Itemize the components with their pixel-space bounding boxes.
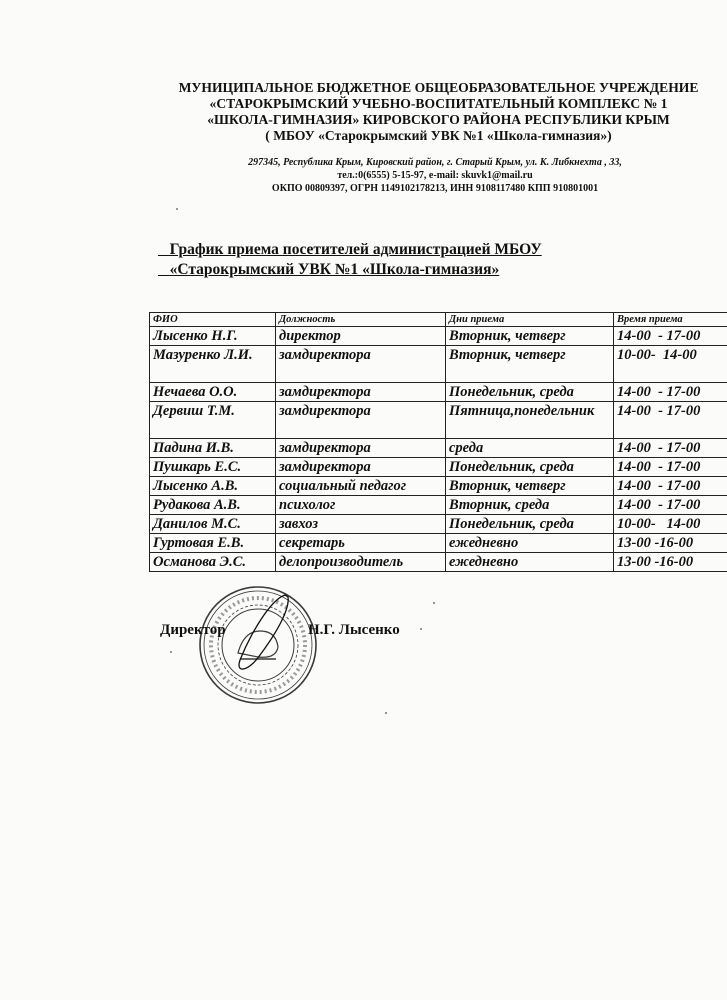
cell-days: ежедневно [446, 553, 614, 572]
cell-position: директор [276, 327, 446, 346]
cell-name: Падина И.В. [150, 439, 276, 458]
cell-time: 14-00 - 17-00 [614, 439, 727, 458]
cell-position: секретарь [276, 534, 446, 553]
table-row: Лысенко Н.Г.директорВторник, четверг14-0… [150, 327, 727, 346]
official-seal-icon [190, 575, 330, 705]
document-title-line-2: «Старокрымский УВК №1 «Школа-гимназия» [158, 260, 499, 280]
table-row: Нечаева О.О.замдиректораПонедельник, сре… [150, 383, 727, 402]
cell-time: 14-00 - 17-00 [614, 458, 727, 477]
table-row: Мазуренко Л.И.замдиректораВторник, четве… [150, 346, 727, 383]
org-name-line-2: «СТАРОКРЫМСКИЙ УЧЕБНО-ВОСПИТАТЕЛЬНЫЙ КОМ… [150, 96, 727, 112]
org-name-line-1: МУНИЦИПАЛЬНОЕ БЮДЖЕТНОЕ ОБЩЕОБРАЗОВАТЕЛЬ… [150, 80, 727, 96]
cell-time: 10-00- 14-00 [614, 346, 727, 383]
reception-schedule-table: ФИО Должность Дни приема Время приема Лы… [149, 312, 727, 572]
cell-time: 14-00 - 17-00 [614, 402, 727, 439]
cell-name: Гуртовая Е.В. [150, 534, 276, 553]
column-header-name: ФИО [150, 313, 276, 327]
scan-speck [176, 208, 178, 210]
cell-time: 14-00 - 17-00 [614, 383, 727, 402]
table-row: Гуртовая Е.В.секретарьежедневно13-00 -16… [150, 534, 727, 553]
cell-position: социальный педагог [276, 477, 446, 496]
cell-position: замдиректора [276, 402, 446, 439]
column-header-days: Дни приема [446, 313, 614, 327]
cell-name: Османова Э.С. [150, 553, 276, 572]
column-header-time: Время приема [614, 313, 727, 327]
cell-days: Понедельник, среда [446, 515, 614, 534]
address: 297345, Республика Крым, Кировский район… [220, 156, 650, 169]
cell-position: завхоз [276, 515, 446, 534]
registration-codes: ОКПО 00809397, ОГРН 1149102178213, ИНН 9… [220, 182, 650, 195]
cell-name: Дервиш Т.М. [150, 402, 276, 439]
cell-time: 14-00 - 17-00 [614, 496, 727, 515]
cell-position: психолог [276, 496, 446, 515]
cell-days: Понедельник, среда [446, 458, 614, 477]
scan-speck [170, 651, 172, 653]
cell-position: замдиректора [276, 439, 446, 458]
cell-name: Лысенко Н.Г. [150, 327, 276, 346]
cell-position: замдиректора [276, 383, 446, 402]
cell-name: Мазуренко Л.И. [150, 346, 276, 383]
cell-days: Вторник, четверг [446, 477, 614, 496]
cell-name: Рудакова А.В. [150, 496, 276, 515]
table-row: Османова Э.С.делопроизводительежедневно1… [150, 553, 727, 572]
cell-name: Пушкарь Е.С. [150, 458, 276, 477]
column-header-position: Должность [276, 313, 446, 327]
cell-days: Вторник, среда [446, 496, 614, 515]
cell-days: Вторник, четверг [446, 346, 614, 383]
table-row: Лысенко А.В.социальный педагогВторник, ч… [150, 477, 727, 496]
cell-time: 10-00- 14-00 [614, 515, 727, 534]
signatory-role: Директор [160, 622, 226, 639]
table-row: Данилов М.С.завхозПонедельник, среда10-0… [150, 515, 727, 534]
cell-position: замдиректора [276, 346, 446, 383]
scan-speck [433, 602, 435, 604]
cell-position: замдиректора [276, 458, 446, 477]
cell-days: среда [446, 439, 614, 458]
cell-time: 14-00 - 17-00 [614, 477, 727, 496]
signatory-name: Н.Г. Лысенко [308, 622, 400, 639]
cell-name: Данилов М.С. [150, 515, 276, 534]
table-row: Дервиш Т.М.замдиректораПятница,понедельн… [150, 402, 727, 439]
cell-position: делопроизводитель [276, 553, 446, 572]
document-title-line-1: График приема посетителей администрацией… [158, 240, 542, 260]
cell-time: 13-00 -16-00 [614, 553, 727, 572]
cell-days: ежедневно [446, 534, 614, 553]
cell-time: 14-00 - 17-00 [614, 327, 727, 346]
scan-speck [385, 712, 387, 714]
table-row: Падина И.В.замдиректорасреда14-00 - 17-0… [150, 439, 727, 458]
scan-speck [420, 628, 422, 630]
cell-days: Понедельник, среда [446, 383, 614, 402]
table-row: Рудакова А.В.психологВторник, среда14-00… [150, 496, 727, 515]
org-name-line-3: «ШКОЛА-ГИМНАЗИЯ» КИРОВСКОГО РАЙОНА РЕСПУ… [150, 112, 727, 128]
phone-email: тел.:0(6555) 5-15-97, e-mail: skuvk1@mai… [220, 169, 650, 182]
cell-name: Нечаева О.О. [150, 383, 276, 402]
table-header-row: ФИО Должность Дни приема Время приема [150, 313, 727, 327]
cell-days: Вторник, четверг [446, 327, 614, 346]
table-row: Пушкарь Е.С.замдиректораПонедельник, сре… [150, 458, 727, 477]
org-short-name: ( МБОУ «Старокрымский УВК №1 «Школа-гимн… [150, 128, 727, 144]
cell-time: 13-00 -16-00 [614, 534, 727, 553]
cell-name: Лысенко А.В. [150, 477, 276, 496]
cell-days: Пятница,понедельник [446, 402, 614, 439]
